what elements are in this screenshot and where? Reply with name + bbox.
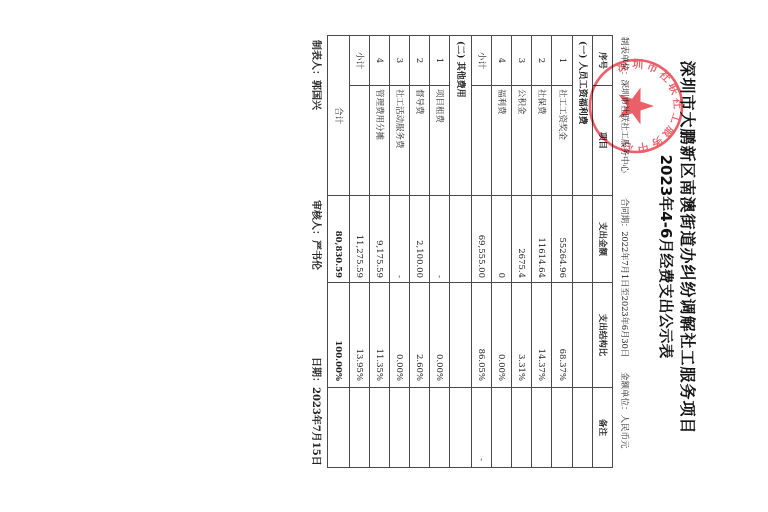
expense-table: 序号 项目 支出金额 支出结构比 备注 (一) 人员工资福利费 1 社工工资奖金… <box>327 35 613 468</box>
cell-ratio: 11.35% <box>370 283 390 388</box>
cell-note <box>430 388 450 468</box>
table-row: 2 社保费 11614.64 14.37% <box>532 36 552 468</box>
cell-ratio: 14.37% <box>532 283 552 388</box>
cell-note <box>532 388 552 468</box>
header-no: 序号 <box>593 36 613 86</box>
currency-unit: 金额单位：人民币元 <box>619 372 629 449</box>
header-item: 项目 <box>593 86 613 196</box>
cell-note <box>410 388 430 468</box>
table-row: 2 督导费 2,100.00 2.60% <box>410 36 430 468</box>
subtotal-row: 小计 11,275.59 13.95% <box>350 36 370 468</box>
cell-note <box>350 388 370 468</box>
total-row: 合计 80,830.59 100.00% <box>328 36 350 468</box>
cell-note <box>573 388 593 468</box>
cell-no: 4 <box>370 36 390 86</box>
cell-no: 3 <box>390 36 410 86</box>
cell-no: 小计 <box>472 36 492 86</box>
cell-ratio: 0.00% <box>430 283 450 388</box>
subtotal-row: 小计 69,555.00 86.05% - <box>472 36 492 468</box>
cell-note <box>552 388 573 468</box>
table-row: 1 社工工资奖金 55264.96 68.37% <box>552 36 573 468</box>
cell-amount: 2,100.00 <box>410 196 430 283</box>
cell-amount: 2675.4 <box>512 196 532 283</box>
header-amount: 支出金额 <box>593 196 613 283</box>
table-row: 1 项目租费 - 0.00% <box>430 36 450 468</box>
preparer-signature: 制表人：郭国兴 <box>310 40 321 110</box>
cell-item <box>472 86 492 196</box>
cell-ratio: 2.60% <box>410 283 430 388</box>
cell-item: 福利费 <box>492 86 512 196</box>
cell-amount: 9,175.59 <box>370 196 390 283</box>
expense-disclosure-document: 深圳市大鹏新区南澳街道办纠纷调解社工服务项目 2023年4-6月经费支出公示表 … <box>0 0 710 512</box>
cell-ratio: 13.95% <box>350 283 370 388</box>
cell-amount: 11,275.59 <box>350 196 370 283</box>
table-row: 4 管理费用分摊 9,175.59 11.35% <box>370 36 390 468</box>
cell-ratio: 0.00% <box>492 283 512 388</box>
cell-no: 3 <box>512 36 532 86</box>
cell-no: 小计 <box>350 36 370 86</box>
table-row: 3 社工活动服务费 - 0.00% <box>390 36 410 468</box>
cell-amount: 69,555.00 <box>472 196 492 283</box>
cell-no: 2 <box>532 36 552 86</box>
table-header-row: 序号 项目 支出金额 支出结构比 备注 <box>593 36 613 468</box>
cell-no: 2 <box>410 36 430 86</box>
cell-no: 4 <box>492 36 512 86</box>
cell-item: 社保费 <box>532 86 552 196</box>
cell-amount: 11614.64 <box>532 196 552 283</box>
document-date: 日期：2023年7月15日 <box>310 357 321 466</box>
cell-note: - <box>472 388 492 468</box>
cell-ratio: 0.00% <box>390 283 410 388</box>
cell-no: 1 <box>430 36 450 86</box>
cell-amount: - <box>390 196 410 283</box>
cell-item: 社工工资奖金 <box>552 86 573 196</box>
preparing-unit: 制表单位：深圳市社联社工服务中心 <box>619 37 629 173</box>
cell-amount: 55264.96 <box>552 196 573 283</box>
section-label: (一) 人员工资福利费 <box>573 36 593 196</box>
cell-amount <box>573 196 593 283</box>
cell-note <box>390 388 410 468</box>
cell-amount: 80,830.59 <box>328 196 350 283</box>
total-label: 合计 <box>328 36 350 196</box>
cell-ratio <box>450 283 472 388</box>
contract-period: 合同期：2022年7月1日至2023年6月30日 <box>619 198 629 357</box>
cell-item: 项目租费 <box>430 86 450 196</box>
cell-item: 社工活动服务费 <box>390 86 410 196</box>
cell-amount: 0 <box>492 196 512 283</box>
header-ratio: 支出结构比 <box>593 283 613 388</box>
document-title: 深圳市大鹏新区南澳街道办纠纷调解社工服务项目 <box>678 60 696 435</box>
section-row: (一) 人员工资福利费 <box>573 36 593 468</box>
cell-note <box>370 388 390 468</box>
cell-item: 督导费 <box>410 86 430 196</box>
cell-note <box>450 388 472 468</box>
cell-ratio <box>573 283 593 388</box>
table-row: 4 福利费 0 0.00% <box>492 36 512 468</box>
cell-ratio: 3.31% <box>512 283 532 388</box>
cell-ratio: 100.00% <box>328 283 350 388</box>
header-note: 备注 <box>593 388 613 468</box>
reviewer-signature: 审核人：严书伦 <box>310 200 321 270</box>
cell-note <box>512 388 532 468</box>
cell-note <box>328 388 350 468</box>
cell-ratio: 68.37% <box>552 283 573 388</box>
cell-no: 1 <box>552 36 573 86</box>
section-label: (二) 其他费用 <box>450 36 472 196</box>
cell-item: 公积金 <box>512 86 532 196</box>
cell-amount: - <box>430 196 450 283</box>
section-row: (二) 其他费用 <box>450 36 472 468</box>
cell-item: 管理费用分摊 <box>370 86 390 196</box>
table-row: 3 公积金 2675.4 3.31% <box>512 36 532 468</box>
cell-item <box>350 86 370 196</box>
cell-amount <box>450 196 472 283</box>
cell-ratio: 86.05% <box>472 283 492 388</box>
cell-note <box>492 388 512 468</box>
document-subtitle: 2023年4-6月经费支出公示表 <box>657 150 674 363</box>
